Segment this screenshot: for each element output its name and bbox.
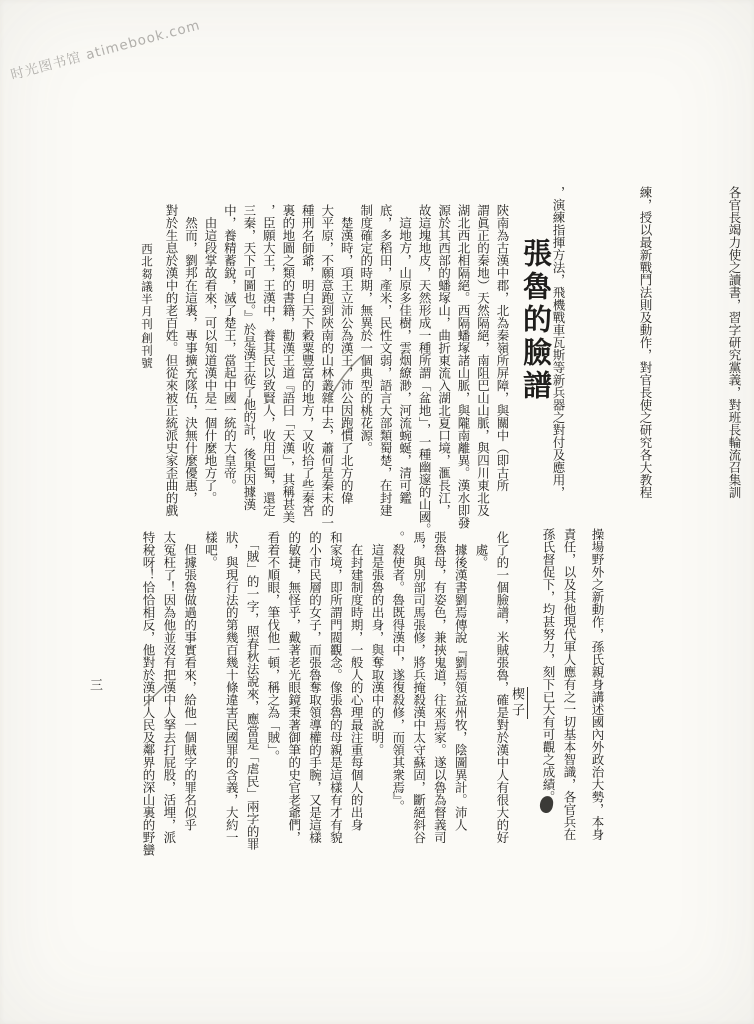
text-column: 操場野外之新動作，孫氏親身講述國內外政治大勢，本身 <box>589 528 605 841</box>
text-column: 故這塊地皮，天然形成一種所謂「盆地」，一種幽邃的山國。 <box>417 204 432 535</box>
text-column: 和家境，即所謂門閥觀念。像張魯的母親是這樣有才有貌 <box>328 531 343 844</box>
watermark-text: 时光图书馆 atimebook.com <box>8 13 202 83</box>
text-column: 中，養精蓄銳，滅了楚王，當起中國一統的大皇帝。 <box>222 204 237 492</box>
text-column: 看着不順眼，筆伐他一頓，稱之為「賊」。 <box>266 531 281 762</box>
text-column: 馬，與別部司馬張修，將兵掩殺漢中太守蘇固，斷絕斜谷 <box>412 531 427 844</box>
text-column: 由這段掌故看來，可以知道漢中是一個什麼地方了。 <box>203 204 218 504</box>
text-column: 的敏捷，無怪乎，戴著老光眼鏡秉著御筆的史官老爺們， <box>287 531 302 844</box>
text-column: 樣吧。 <box>203 531 218 569</box>
pen-mark <box>142 683 168 709</box>
pen-mark <box>330 352 364 398</box>
journal-name: 西北芻議半月刊 <box>139 243 154 331</box>
text-column: 各官長竭力使之讀書，習字研究黨義，對班長輪流召集訓 <box>726 186 742 499</box>
text-column: 制度確定的時期，無異於一個典型的桃花源。 <box>359 204 374 454</box>
text-column: 但據張魯做過的事實看來，給他一個賊字的罪名似乎 <box>183 531 198 831</box>
text-column: 責任，以及其他現代軍人應有之一切基本智識，各官兵在 <box>561 528 577 841</box>
issue-label: 創刊號 <box>139 332 154 370</box>
text-column: ，臣願大王，王漢中，養其民以致賢人，收用巴蜀，還定 <box>261 204 276 517</box>
scanned-page: 时光图书馆 atimebook.com 各官長竭力使之讀書，習字研究黨義，對班長… <box>0 0 754 1024</box>
ink-blot <box>539 795 554 814</box>
text-column: 。殺使者。魯既得漢中，遂復殺修，而領其衆焉』。 <box>391 531 406 812</box>
section-label: 楔子 <box>508 687 528 719</box>
text-column: 底，多稻田，產米，民性文弱，語言大部類蜀楚，在封建 <box>378 204 393 517</box>
text-column: 這地方，山原多佳樹，雲烟繚渺，河流蜿蜒，清可鑑 <box>398 204 413 504</box>
text-column: 狀，與現行法的第幾百幾十條違害民國罪的含義，大約一 <box>224 531 239 844</box>
page-number: 三 <box>86 678 102 691</box>
text-column: 三秦，天下可圖也。』於是漢王從了他的計，後果因據漢 <box>242 204 257 510</box>
text-column: 湖北西北相隔絕。西隔蟠塚諸山脈，與隴南離異。漢水即發 <box>456 204 471 529</box>
body-bottom-band: 化了的一個臉譜，米賊張魯，確是對於漢中人有很大的好 處。 據後漢書劉焉傳說『劉焉… <box>141 531 510 876</box>
text-column: 裏的地圖之類的書籍，勸漢王道『語曰「天漢」，其稱甚美 <box>281 204 296 523</box>
text-column: 的小市民層的女子，而張魯奪取領導權的手腕，又是這樣 <box>308 531 323 844</box>
text-column: 種刑名師爺，明白天下穀粟豐富的地方，又收拾了些秦宮 <box>300 204 315 517</box>
text-column: 在封建制度時期，一般人的心理最注重每個人的出身 <box>349 531 364 831</box>
text-column: 然而，劉邦在這裏，專事擴充隊伍，決無什麼優惠， <box>183 204 198 504</box>
text-column: 處。 <box>474 531 489 569</box>
text-column: 源於其西部的蟠塚山，曲折東流入湖北夏口境，滙長江， <box>437 204 452 517</box>
text-column: 陝南為古漢中郡，北為秦嶺所屏障，與關中（即古所 <box>495 204 510 492</box>
text-column: 化了的一個臉譜，米賊張魯，確是對於漢中人有很大的好 <box>495 531 510 844</box>
text-column: 孫氏督促下，均甚努力，刻下已大有可觀之成績。 <box>540 528 556 803</box>
text-column: 張魯母，有姿色，兼挾鬼道，往來焉家。遂以魯為督義司 <box>432 531 447 844</box>
text-column: 這是張魯的出身，與奪取漢中的說明。 <box>370 531 385 756</box>
text-column: 對於生息於漢中的老百姓。但從來被正統派史家歪曲的戲 <box>164 204 179 517</box>
text-column: 據後漢書劉焉傳說『劉焉領益州牧，陰圖異計。沛人 <box>453 531 468 831</box>
text-column: 練，授以最新戰鬥法則及動作，對官長使之研究各大教程 <box>637 186 653 499</box>
text-column: 謂眞正的秦地）天然隔絕，南阻巴山山脈，與四川東北及 <box>476 204 491 517</box>
article-title: 張魯的臉譜 <box>518 238 554 403</box>
text-column: 「賊」的一字，照春秋法說來，應當是「虐民」兩字的罪 <box>245 531 260 850</box>
